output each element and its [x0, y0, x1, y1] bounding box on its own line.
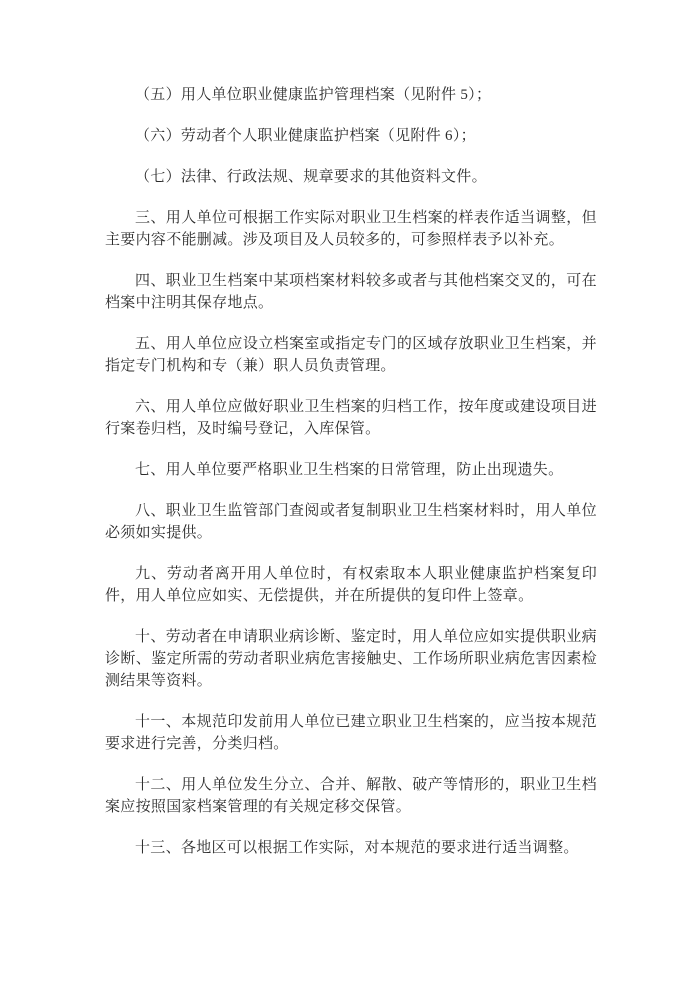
paragraph: 七、用人单位要严格职业卫生档案的日常管理，防止出现遗失。	[105, 459, 597, 481]
paragraph: 八、职业卫生监管部门查阅或者复制职业卫生档案材料时，用人单位必须如实提供。	[105, 500, 597, 544]
paragraph: 五、用人单位应设立档案室或指定专门的区域存放职业卫生档案，并指定专门机构和专（兼…	[105, 333, 597, 377]
paragraph: 十二、用人单位发生分立、合并、解散、破产等情形的，职业卫生档案应按照国家档案管理…	[105, 774, 597, 818]
document-content: （五）用人单位职业健康监护管理档案（见附件 5）；（六）劳动者个人职业健康监护档…	[105, 84, 597, 859]
document-page: （五）用人单位职业健康监护管理档案（见附件 5）；（六）劳动者个人职业健康监护档…	[0, 0, 700, 990]
paragraph: 六、用人单位应做好职业卫生档案的归档工作，按年度或建设项目进行案卷归档，及时编号…	[105, 396, 597, 440]
paragraph: （七）法律、行政法规、规章要求的其他资料文件。	[105, 166, 597, 188]
paragraph: （五）用人单位职业健康监护管理档案（见附件 5）；	[105, 84, 597, 106]
paragraph: 十、劳动者在申请职业病诊断、鉴定时，用人单位应如实提供职业病诊断、鉴定所需的劳动…	[105, 626, 597, 692]
paragraph: 十三、各地区可以根据工作实际，对本规范的要求进行适当调整。	[105, 837, 597, 859]
paragraph: 三、用人单位可根据工作实际对职业卫生档案的样表作适当调整，但主要内容不能删减。涉…	[105, 207, 597, 251]
paragraph: 四、职业卫生档案中某项档案材料较多或者与其他档案交叉的，可在档案中注明其保存地点…	[105, 270, 597, 314]
paragraph: （六）劳动者个人职业健康监护档案（见附件 6）；	[105, 125, 597, 147]
paragraph: 九、劳动者离开用人单位时，有权索取本人职业健康监护档案复印件，用人单位应如实、无…	[105, 563, 597, 607]
paragraph: 十一、本规范印发前用人单位已建立职业卫生档案的，应当按本规范要求进行完善，分类归…	[105, 711, 597, 755]
